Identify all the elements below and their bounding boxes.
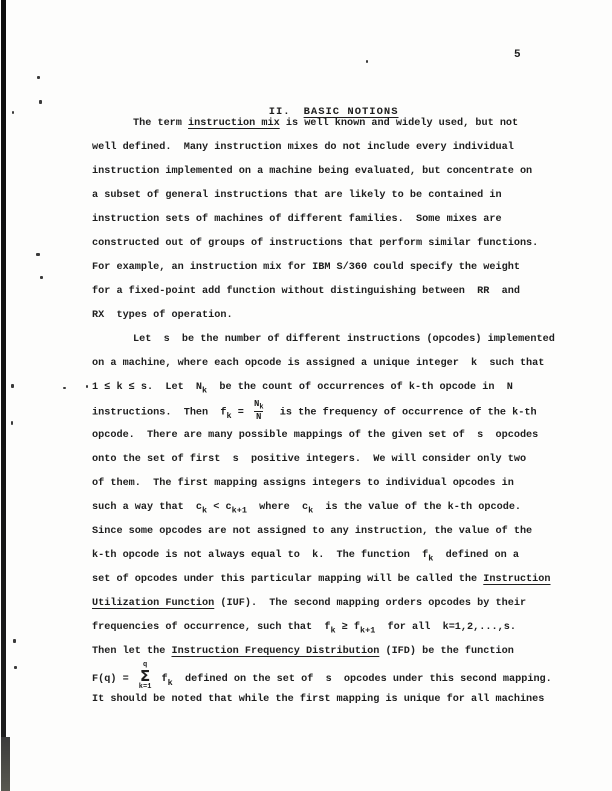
scan-edge-bar xyxy=(1,0,6,791)
text-run: The term xyxy=(133,118,188,129)
subscript: k+1 xyxy=(232,506,247,516)
scan-speck xyxy=(39,100,42,104)
text-line: instruction implemented on a machine bei… xyxy=(92,160,567,184)
text-line: RX types of operation. xyxy=(92,304,567,328)
text-line: Then let the Instruction Frequency Distr… xyxy=(92,640,567,664)
text-run: opcode. There are many possible mappings… xyxy=(92,430,538,441)
text-run: Since some opcodes are not assigned to a… xyxy=(92,526,532,537)
scan-speck xyxy=(36,253,40,256)
scan-speck xyxy=(40,276,43,279)
scanned-page: 5 II.BASIC NOTIONS The term instruction … xyxy=(0,0,612,791)
text-run: 1 ≤ k ≤ s. Let N xyxy=(92,382,202,393)
text-line: frequencies of occurrence, such that fk … xyxy=(92,616,567,640)
underlined-text: Instruction Frequency Distribution xyxy=(171,646,379,657)
text-run: (IFD) be the function xyxy=(379,646,514,657)
text-line: instruction sets of machines of differen… xyxy=(92,208,567,232)
body-text: The term instruction mix is well known a… xyxy=(92,112,567,712)
text-run: set of opcodes under this particular map… xyxy=(92,574,483,585)
text-line: constructed out of groups of instruction… xyxy=(92,232,567,256)
text-run: a subset of general instructions that ar… xyxy=(92,190,502,201)
text-run: well defined. Many instruction mixes do … xyxy=(92,142,514,153)
scan-speck xyxy=(37,76,40,79)
text-line: such a way that ck < ck+1 where ck is th… xyxy=(92,496,567,520)
underlined-text: instruction mix xyxy=(188,118,280,129)
text-run: on a machine, where each opcode is assig… xyxy=(92,358,544,369)
scan-speck xyxy=(12,111,14,114)
text-run: for all k=1,2,...,s. xyxy=(375,622,516,633)
text-run: defined on a xyxy=(433,550,519,561)
text-run: such a way that c xyxy=(92,502,202,513)
text-line: It should be noted that while the first … xyxy=(92,688,567,712)
text-line: F(q) = qΣk=1 fk defined on the set of s … xyxy=(92,664,567,688)
text-line: The term instruction mix is well known a… xyxy=(92,112,567,136)
text-run: Then let the xyxy=(92,646,171,657)
underlined-text: Instruction xyxy=(483,574,550,585)
scan-speck xyxy=(11,384,14,388)
text-run: f xyxy=(155,674,167,685)
text-run: constructed out of groups of instruction… xyxy=(92,238,538,249)
text-run: of them. The first mapping assigns integ… xyxy=(92,478,514,489)
text-line: instructions. Then fk = NkN is the frequ… xyxy=(92,400,567,424)
text-run: < c xyxy=(207,502,231,513)
text-run: k-th opcode is not always equal to k. Th… xyxy=(92,550,428,561)
text-run: RX types of operation. xyxy=(92,310,233,321)
text-line: Let s be the number of different instruc… xyxy=(92,328,567,352)
text-run: Let s be the number of different instruc… xyxy=(133,334,555,345)
scan-speck xyxy=(13,639,16,643)
text-line: 1 ≤ k ≤ s. Let Nk be the count of occurr… xyxy=(92,376,567,400)
text-run: It should be noted that while the first … xyxy=(92,694,544,705)
text-run: is well known and widely used, but not xyxy=(280,118,518,129)
text-line: for a fixed-point add function without d… xyxy=(92,280,567,304)
text-line: Since some opcodes are not assigned to a… xyxy=(92,520,567,544)
underlined-text: Utilization Function xyxy=(92,598,214,609)
scan-speck xyxy=(63,387,66,389)
text-run: where c xyxy=(247,502,308,513)
text-line: onto the set of first s positive integer… xyxy=(92,448,567,472)
text-run: ≥ f xyxy=(336,622,360,633)
sigma-symbol: Σ xyxy=(140,669,150,684)
text-run: defined on the set of s opcodes under th… xyxy=(173,674,552,685)
subscript: k+1 xyxy=(360,626,375,636)
text-line: on a machine, where each opcode is assig… xyxy=(92,352,567,376)
text-line: For example, an instruction mix for IBM … xyxy=(92,256,567,280)
scan-speck xyxy=(366,60,368,63)
text-line: well defined. Many instruction mixes do … xyxy=(92,136,567,160)
text-run: for a fixed-point add function without d… xyxy=(92,286,520,297)
text-run: = xyxy=(232,408,250,419)
text-run: instruction sets of machines of differen… xyxy=(92,214,502,225)
text-line: Utilization Function (IUF). The second m… xyxy=(92,592,567,616)
text-line: a subset of general instructions that ar… xyxy=(92,184,567,208)
text-line: opcode. There are many possible mappings… xyxy=(92,424,567,448)
text-run: be the count of occurrences of k-th opco… xyxy=(207,382,513,393)
text-line: k-th opcode is not always equal to k. Th… xyxy=(92,544,567,568)
text-run: instruction implemented on a machine bei… xyxy=(92,166,532,177)
page-number: 5 xyxy=(514,48,521,62)
text-run: is the value of the k-th opcode. xyxy=(313,502,521,513)
scan-edge-bar-bottom xyxy=(1,737,10,791)
text-run: frequencies of occurrence, such that f xyxy=(92,622,330,633)
scan-speck xyxy=(86,385,88,388)
summation: qΣk=1 xyxy=(139,662,152,691)
text-line: set of opcodes under this particular map… xyxy=(92,568,567,592)
scan-speck xyxy=(11,421,13,425)
text-run: (IUF). The second mapping orders opcodes… xyxy=(214,598,526,609)
text-run: is the frequency of occurrence of the k-… xyxy=(268,408,537,419)
text-run: F(q) = xyxy=(92,674,135,685)
fraction: NkN xyxy=(252,399,266,423)
text-run: onto the set of first s positive integer… xyxy=(92,454,526,465)
text-run: instructions. Then f xyxy=(92,408,227,419)
text-line: of them. The first mapping assigns integ… xyxy=(92,472,567,496)
scan-speck xyxy=(14,666,17,669)
text-run: For example, an instruction mix for IBM … xyxy=(92,262,520,273)
